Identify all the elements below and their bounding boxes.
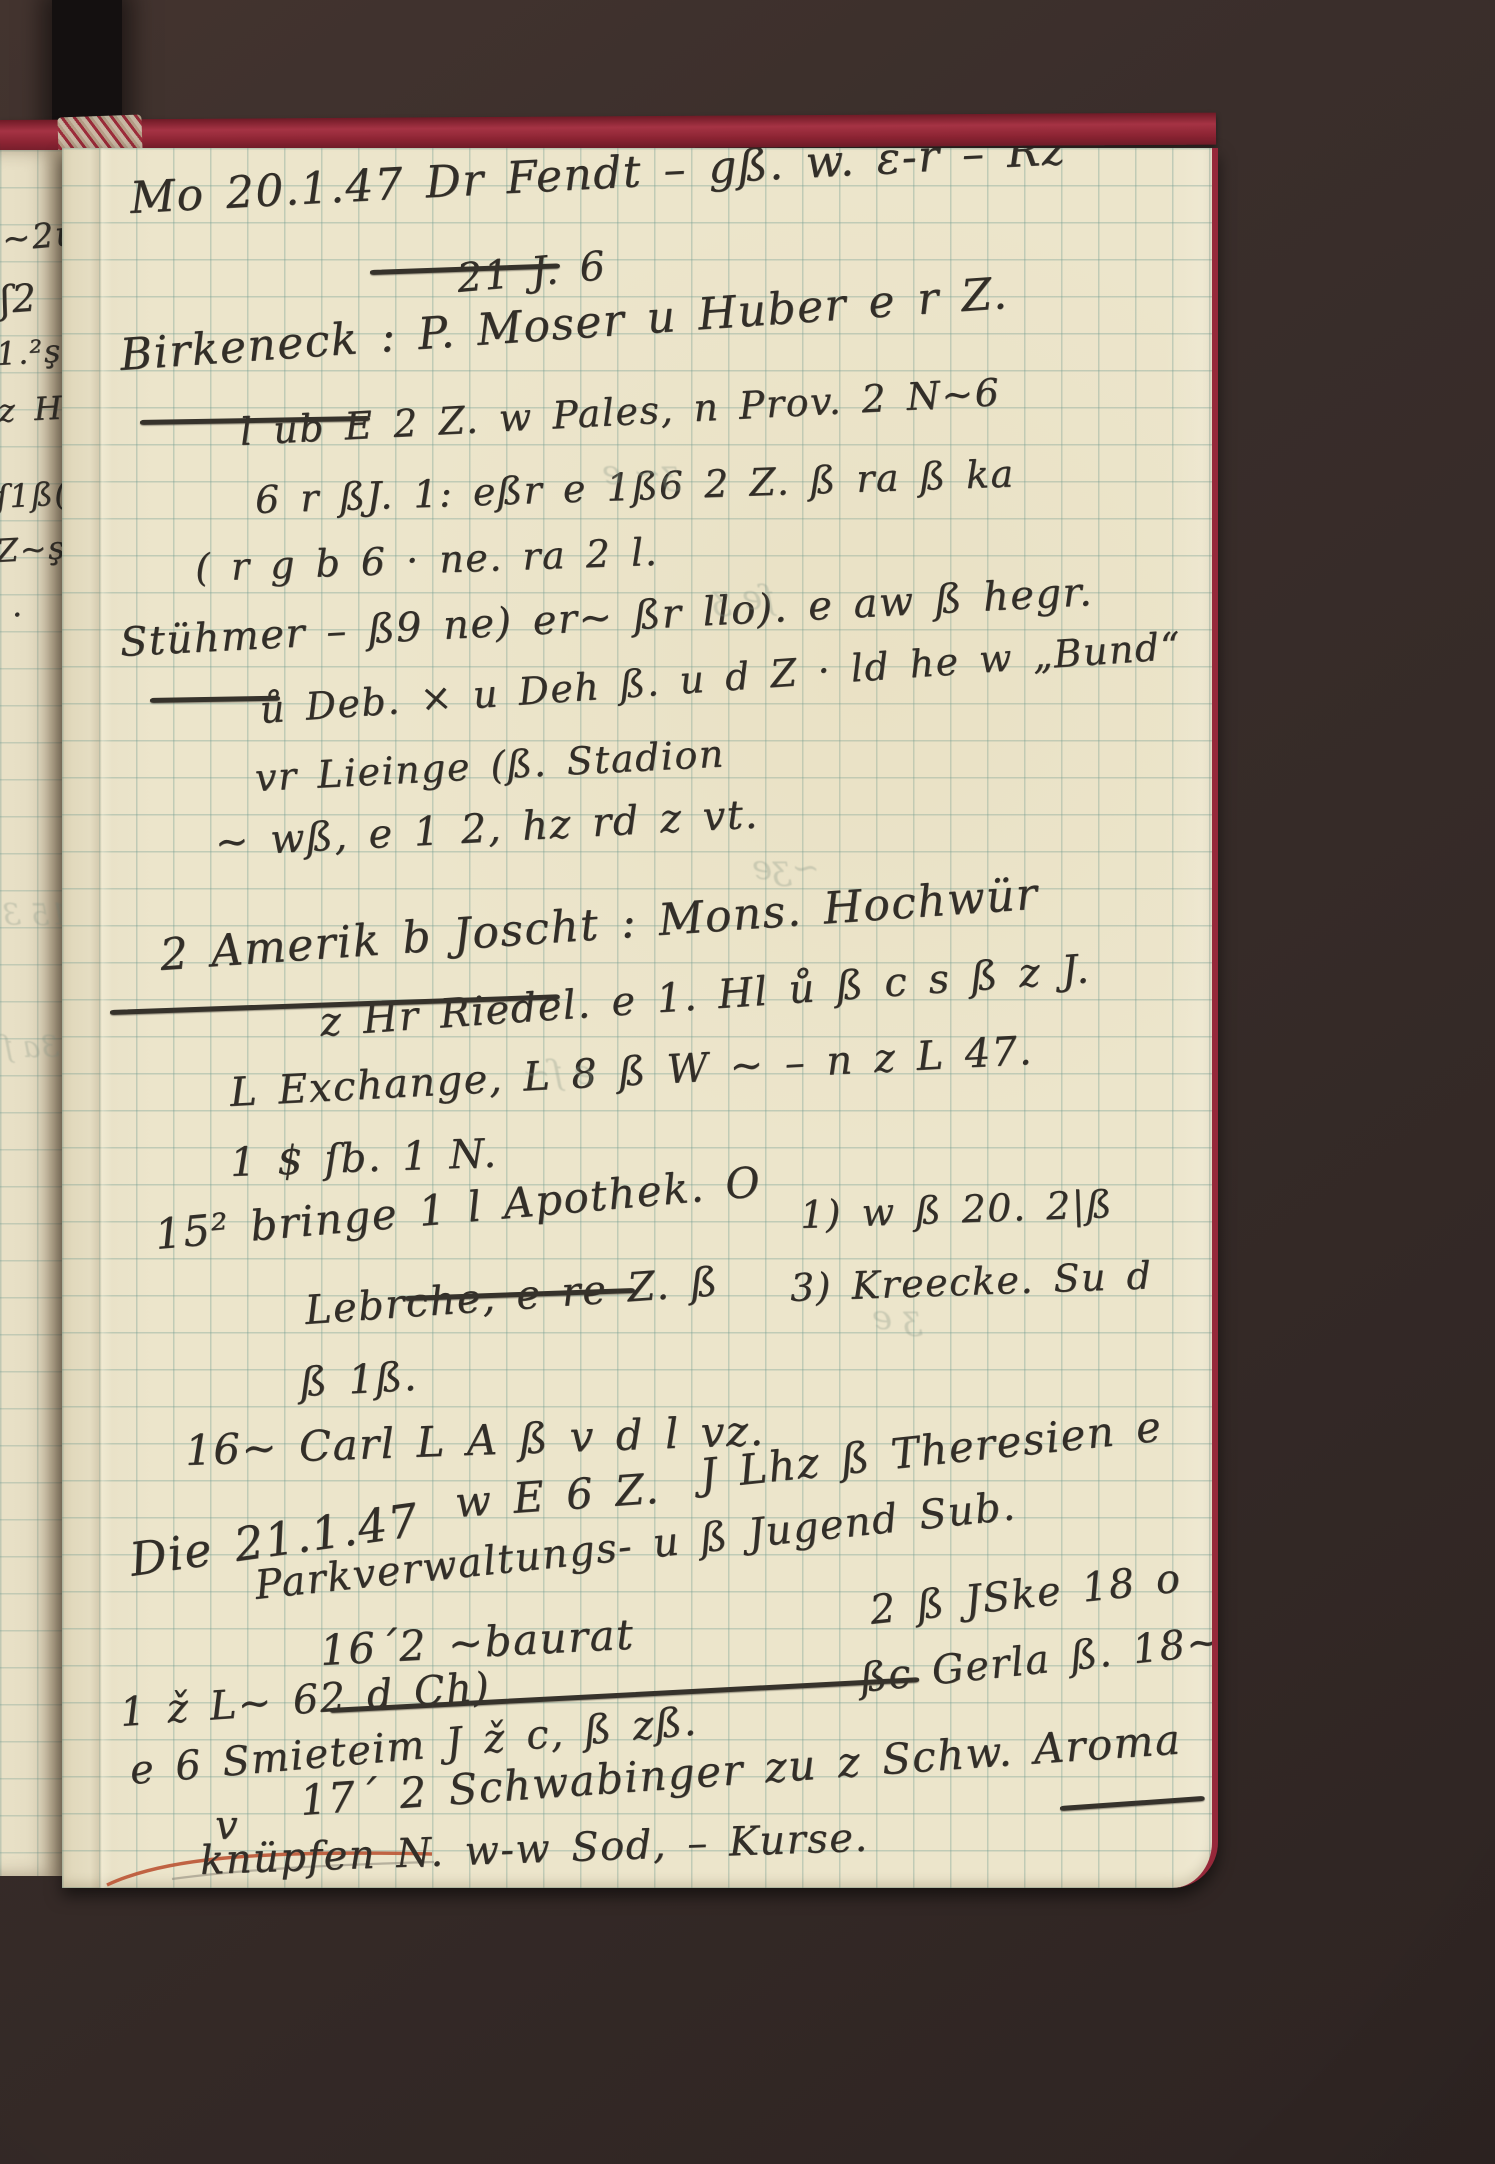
- handwriting-fragment: .: [12, 586, 24, 624]
- bleed-through-mark: ſe ʒ: [712, 578, 775, 618]
- handwriting-line: vr Lieinge (ß. Stadion: [254, 731, 726, 800]
- handwriting-line: Mo 20.1.47 Dr Fendt – gß. w. ε-r – Rz: [129, 148, 1068, 224]
- handwriting-line: J Lhz ß Theresien e: [697, 1402, 1164, 1499]
- handwriting-line: 3) Kreecke. Su d: [789, 1253, 1153, 1310]
- bleed-through-mark: 15 3: [2, 898, 62, 933]
- handwriting-line: 16~ Carl L A ß v d l vz.: [184, 1406, 765, 1475]
- handwriting-fragment: z Hb.: [0, 387, 62, 430]
- handwriting-fragment: ſ1ß(: [0, 474, 62, 516]
- handwriting-fragment: Z~ş: [0, 528, 62, 570]
- handwriting-line: ßc Gerla ß. 18~: [858, 1618, 1218, 1702]
- handwriting-line: ~ wß, e 1 2, hz rd z vt.: [214, 792, 760, 866]
- handwriting-fragment: ʃ2: [0, 275, 39, 322]
- handwriting-line: 1) w ß 20. 2|ß: [799, 1182, 1113, 1237]
- notebook-photo: ~2ulʃ21.²şz Hb.ſ1ß(Z~ş.15 33a ſ Mo 20.1.…: [0, 0, 1495, 2164]
- underline-stroke: [1060, 1796, 1205, 1811]
- handwriting-fragment: ~2ul: [0, 212, 62, 260]
- bleed-through-mark: ʒ e: [872, 1298, 922, 1338]
- handwriting-line: ( r g b 6 · ne. ra 2 l.: [194, 530, 659, 590]
- red-fore-edge-top: [0, 113, 1216, 152]
- handwriting-line: 2 ß JSke 18 o: [868, 1555, 1184, 1633]
- handwriting-fragment: 1.²ş: [0, 332, 62, 373]
- facing-page-edge: ~2ulʃ21.²şz Hb.ſ1ß(Z~ş.15 33a ſ: [0, 150, 62, 1876]
- diary-page: Mo 20.1.47 Dr Fendt – gß. w. ε-r – Rz21 …: [62, 148, 1218, 1888]
- bleed-through-mark: ʒ~ e: [602, 453, 681, 493]
- bleed-through-mark: 3a ſ: [2, 1030, 60, 1065]
- handwriting-line: knüpfen N. w-w Sod, – Kurse.: [199, 1815, 869, 1884]
- handwriting-line: ß 1ß.: [299, 1354, 419, 1406]
- handwriting-line: w E 6 Z.: [453, 1464, 661, 1527]
- handwriting-line: l ub E 2 Z. w Pales, n Prov. 2 N~6: [239, 370, 1002, 454]
- handwriting-line: 21 J. 6: [455, 243, 608, 302]
- book-spine-shadow: [52, 0, 122, 130]
- handwriting-line: 1 $ ſb. 1 N.: [229, 1131, 498, 1186]
- bleed-through-mark: ~ʒe: [752, 848, 820, 888]
- bleed-through-mark: e ſ~: [522, 1053, 594, 1093]
